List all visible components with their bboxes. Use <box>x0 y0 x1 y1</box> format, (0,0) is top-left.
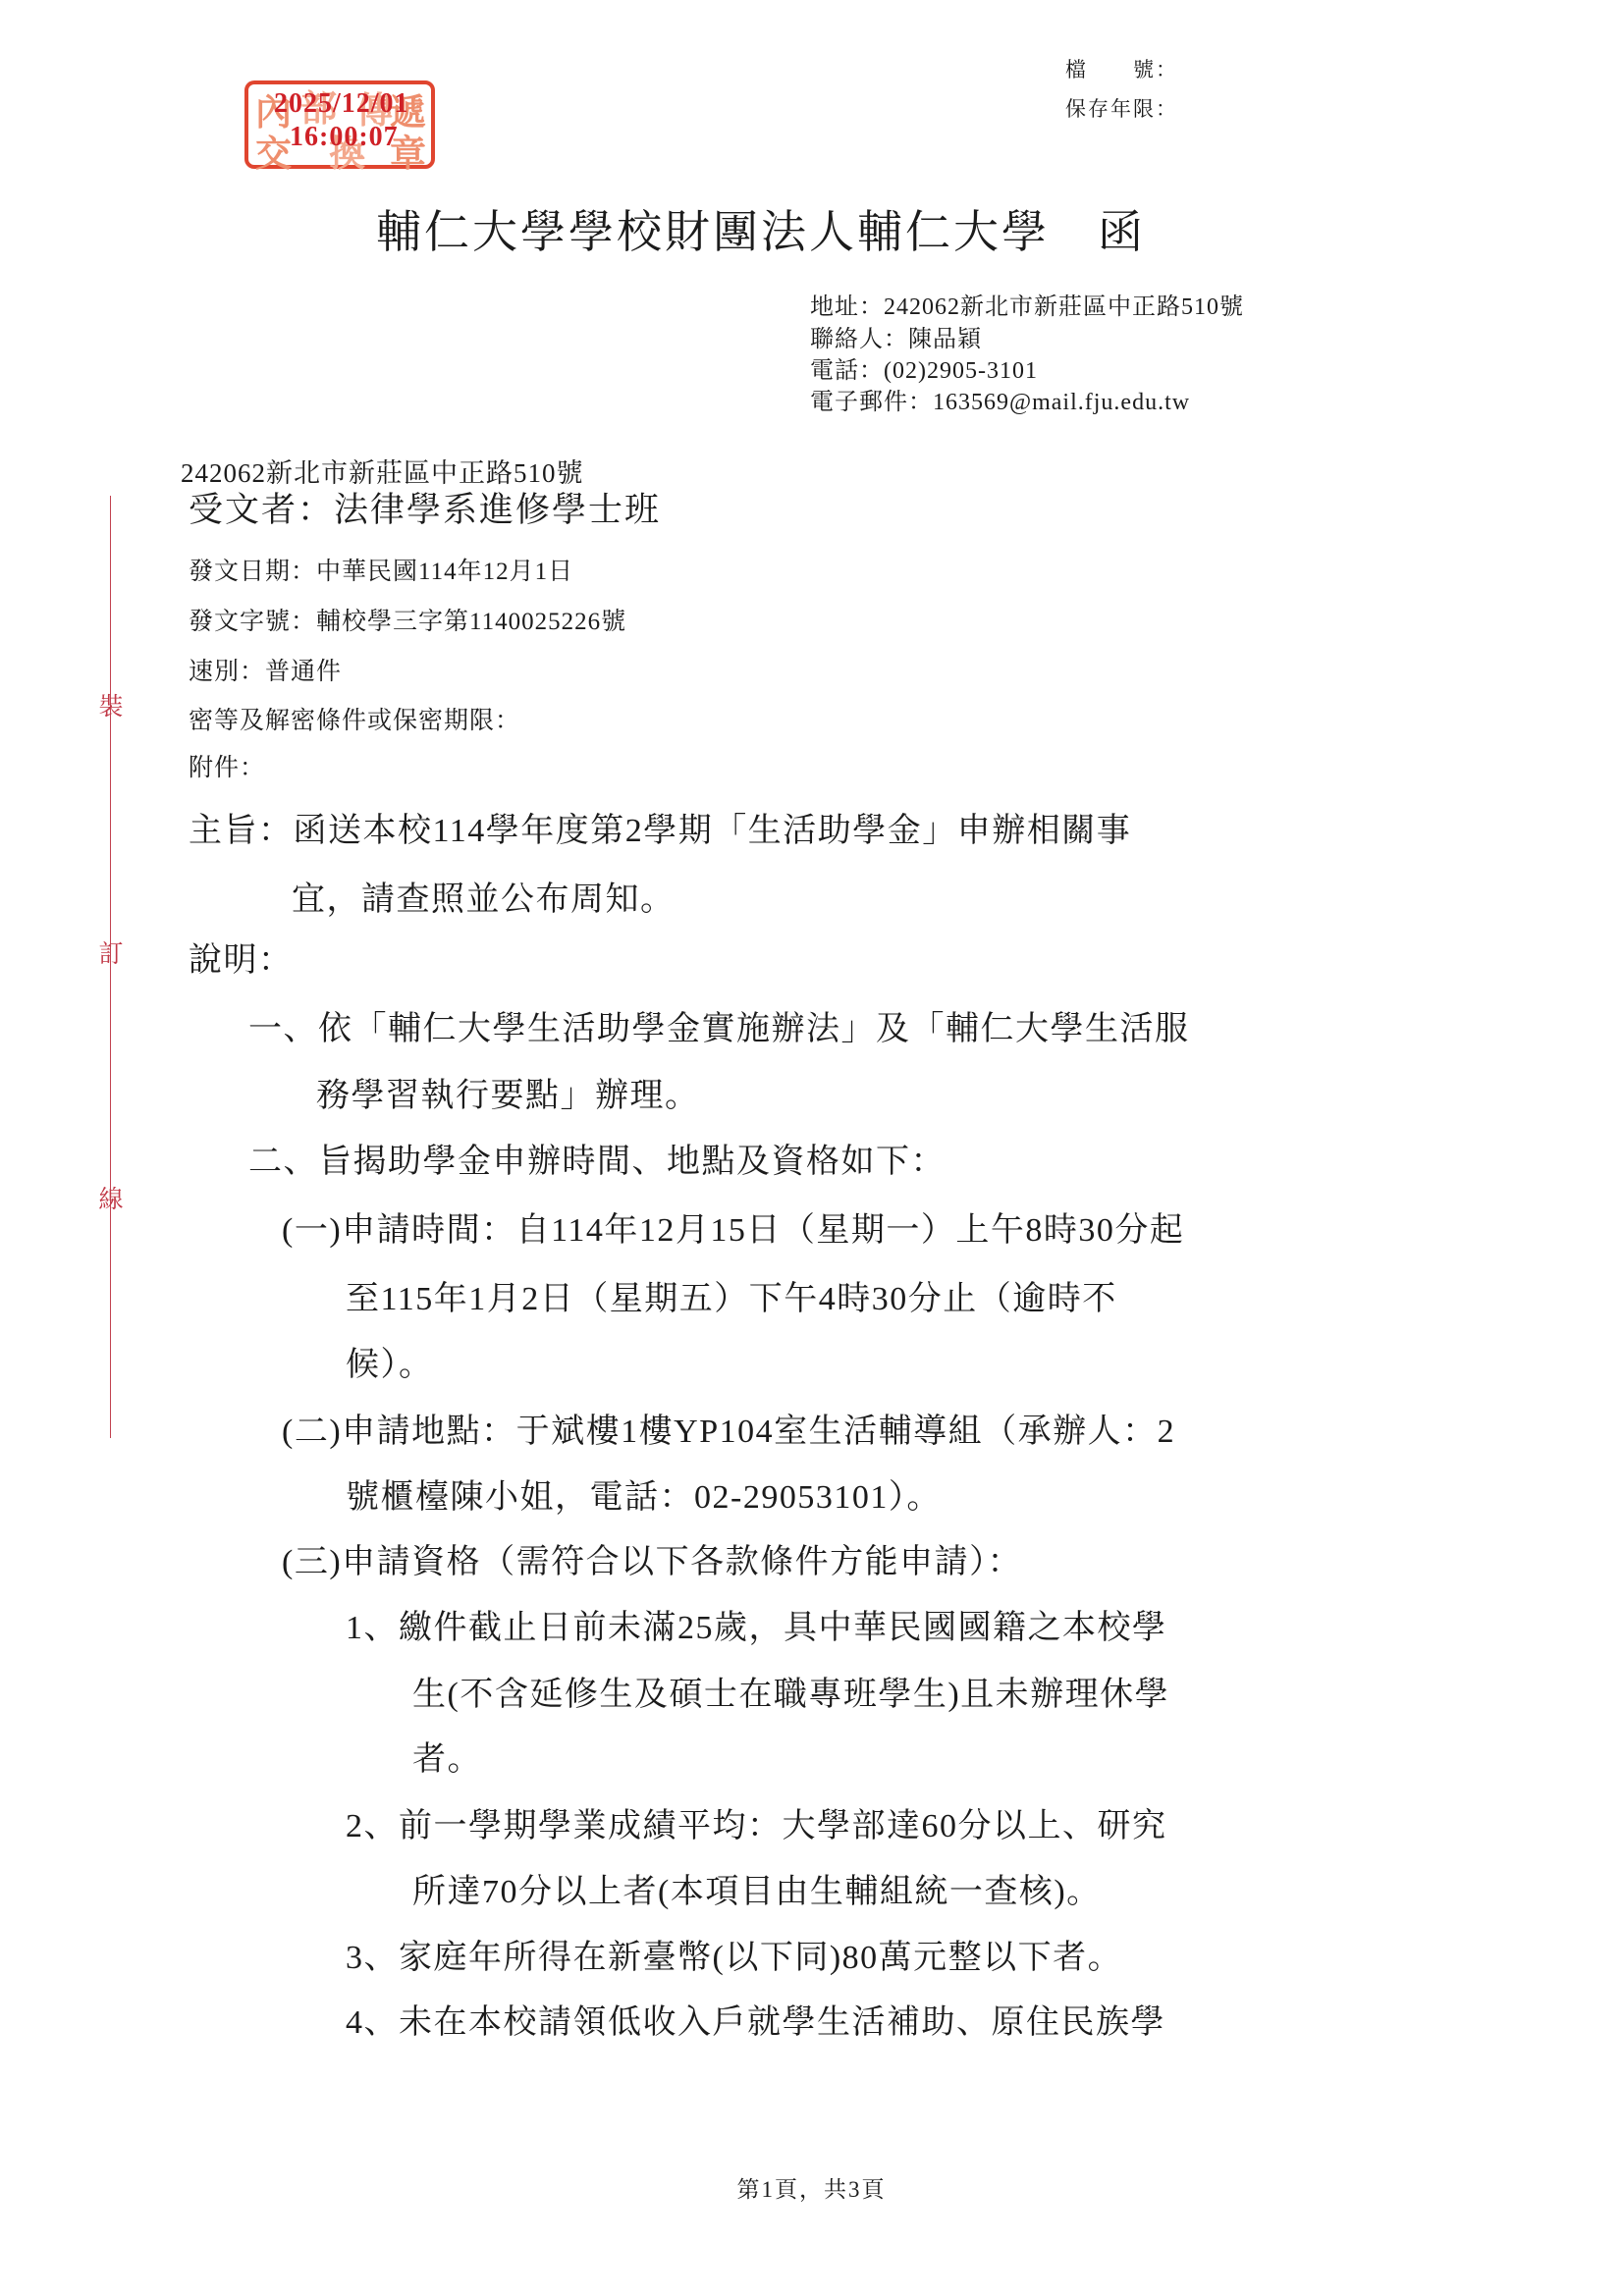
issue-date-line: 發文日期：中華民國114年12月1日 <box>189 552 573 587</box>
item-1-line-1: 一、依「輔仁大學生活助學金實施辦法」及「輔仁大學生活服 <box>248 1001 1190 1049</box>
stamp-char-jiao: 交 <box>255 124 292 177</box>
subject-line-2: 宜，請查照並公布周知。 <box>292 872 676 920</box>
sub-item-2-line-1: (二)申請地點：于斌樓1樓YP104室生活輔導組（承辦人：2 <box>282 1404 1175 1452</box>
contact-email: 電子郵件：163569@mail.fju.edu.tw <box>810 382 1190 416</box>
numbered-4-line: 4、未在本校請領低收入戶就學生活補助、原住民族學 <box>346 1995 1165 2043</box>
binding-char-ding: 訂 <box>96 934 126 970</box>
sub-item-1-line-2: 至115年1月2日（星期五）下午4時30分止（逾時不 <box>346 1271 1117 1319</box>
official-letter-page: 檔 號： 保存年限： 內 交 遞 章 部 傳 換 2025/12/01 16:0… <box>0 0 1623 2296</box>
numbered-1-line-1: 1、繳件截止日前未滿25歲，具中華民國國籍之本校學 <box>346 1600 1167 1648</box>
speed-class-line: 速別：普通件 <box>189 652 342 687</box>
contact-phone: 電話：(02)2905-3101 <box>810 350 1038 385</box>
sub-item-1-line-3: 候）。 <box>346 1337 434 1385</box>
numbered-2-line-2: 所達70分以上者(本項目由生輔組統一查核)。 <box>412 1864 1102 1912</box>
binding-char-xian: 線 <box>96 1180 126 1215</box>
stamp-date: 2025/12/01 <box>274 88 409 120</box>
document-title: 輔仁大學學校財團法人輔仁大學 函 <box>376 196 1146 261</box>
file-number-label: 檔 號： <box>1065 54 1178 83</box>
item-1-line-2: 務學習執行要點」辦理。 <box>316 1068 700 1116</box>
subject-line-1: 主旨：函送本校114學年度第2學期「生活助學金」申辦相關事 <box>189 803 1131 851</box>
numbered-2-line-1: 2、前一學期學業成績平均：大學部達60分以上、研究 <box>346 1798 1167 1846</box>
numbered-1-line-3: 者。 <box>412 1732 482 1780</box>
attachment-line: 附件： <box>189 748 265 783</box>
sub-item-1-line-1: (一)申請時間：自114年12月15日（星期一）上午8時30分起 <box>282 1202 1184 1251</box>
retention-period-label: 保存年限： <box>1065 93 1178 123</box>
security-class-line: 密等及解密條件或保密期限： <box>189 701 520 736</box>
item-2-line: 二、旨揭助學金申辦時間、地點及資格如下： <box>248 1134 946 1182</box>
stamp-time: 16:00:07 <box>290 122 399 153</box>
numbered-3-line: 3、家庭年所得在新臺幣(以下同)80萬元整以下者。 <box>346 1930 1122 1978</box>
numbered-1-line-2: 生(不含延修生及碩士在職專班學生)且未辦理休學 <box>412 1667 1169 1715</box>
recipient-line: 受文者：法律學系進修學士班 <box>189 483 661 532</box>
received-date-stamp: 內 交 遞 章 部 傳 換 2025/12/01 16:00:07 <box>244 80 435 169</box>
explanation-label: 說明： <box>189 933 294 981</box>
sub-item-3-line: (三)申請資格（需符合以下各款條件方能申請）： <box>282 1534 1022 1582</box>
sub-item-2-line-2: 號櫃檯陳小姐，電話：02-29053101）。 <box>346 1469 942 1518</box>
doc-number-line: 發文字號：輔校學三字第1140025226號 <box>189 602 626 637</box>
contact-person: 聯絡人：陳品穎 <box>810 319 982 353</box>
sender-address: 地址：242062新北市新莊區中正路510號 <box>810 287 1244 321</box>
binding-char-zhuang: 裝 <box>96 687 126 722</box>
page-number: 第1頁，共3頁 <box>0 2171 1623 2204</box>
